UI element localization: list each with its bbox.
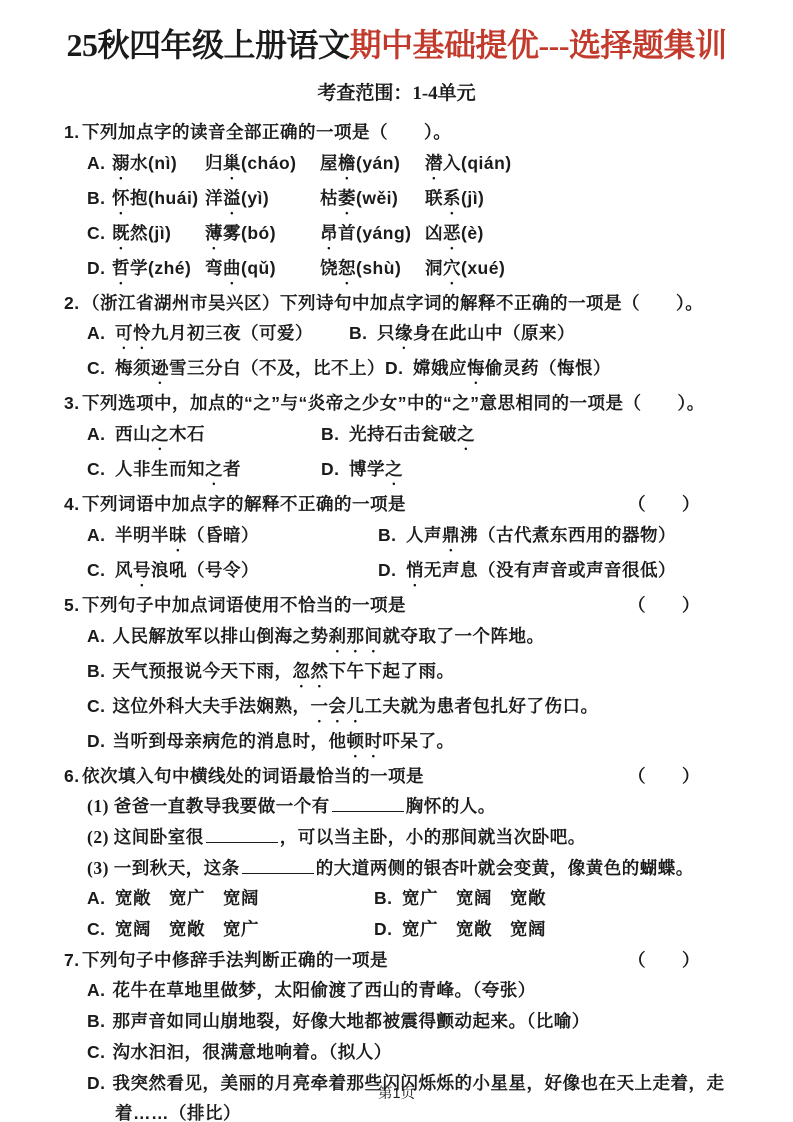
exam-scope: 考查范围：1-4单元 [0, 81, 793, 107]
question-4-stem-row: 4.下列词语中加点字的解释不正确的一项是（ ） [64, 489, 753, 520]
option-row: C.沟水汩汩，很满意地响着。（拟人） [64, 1037, 753, 1068]
question-stem: 依次填入句中横线处的词语最恰当的一项是 [82, 766, 424, 786]
question-stem: 下列词语中加点字的解释不正确的一项是 [82, 494, 406, 514]
option-text: 当听到母亲病危的消息时，他顿时吓呆了。 [113, 731, 455, 751]
option-label: A. [87, 520, 115, 551]
question-number: 1. [64, 117, 82, 148]
option-cell: A.西山之木石 [87, 419, 321, 454]
blank-line [242, 870, 314, 874]
option-text: 只缘身在此山中（原来） [377, 323, 575, 343]
option-label: D. [385, 353, 413, 384]
doc-title: 25秋四年级上册语文期中基础提优---选择题集训 [0, 24, 793, 66]
option-text: 天气预报说今天下雨，忽然下午下起了雨。 [113, 661, 455, 681]
option-item: 联系(jì) [425, 183, 484, 218]
option-cell: B.光持石击瓮破之 [321, 419, 475, 454]
page-footer: 第1页 [0, 1082, 793, 1103]
option-cell: D.悄无声息（没有声音或声音很低） [378, 555, 676, 590]
answer-parens: （ ） [628, 590, 700, 621]
question-2-stem-row: 2.（浙江省湖州市吴兴区）下列诗句中加点字词的解释不正确的一项是（ ）。 [64, 288, 753, 319]
option-cell: B.只缘身在此山中（原来） [349, 318, 575, 353]
option-label: B. [87, 1011, 106, 1031]
option-label: A. [87, 419, 115, 450]
option-row: C.既然(jì)薄雾(bó)昂首(yáng)凶恶(è) [64, 218, 753, 253]
fill-item: (2) 这间卧室很，可以当主卧，小的那间就当次卧吧。 [64, 822, 753, 853]
question-3: 3.下列选项中，加点的“之”与“炎帝之少女”中的“之”意思相同的一项是（ ）。 … [64, 388, 753, 489]
option-cell: D.嫦娥应悔偷灵药（悔恨） [385, 353, 611, 388]
option-text: 宽广 宽敞 宽阔 [402, 919, 546, 939]
option-row: C.宽阔 宽敞 宽广D.宽广 宽敞 宽阔 [64, 914, 753, 945]
option-item: 怀抱(huái) [112, 183, 205, 218]
option-label: C. [87, 555, 115, 586]
option-cell: B.人声鼎沸（古代煮东西用的器物） [378, 520, 676, 555]
option-cell: A.可怜九月初三夜（可爱） [87, 318, 349, 353]
option-item: 洋溢(yì) [205, 183, 320, 218]
option-text: 宽广 宽阔 宽敞 [402, 888, 546, 908]
fill-item: (3) 一到秋天，这条的大道两侧的银杏叶就会变黄，像黄色的蝴蝶。 [64, 853, 753, 884]
question-stem: 下列选项中，加点的“之”与“炎帝之少女”中的“之”意思相同的一项是（ ）。 [82, 393, 705, 413]
option-text: 人非生而知之者 [115, 459, 241, 479]
option-row: B.天气预报说今天下雨，忽然下午下起了雨。 [64, 656, 753, 691]
question-number: 7. [64, 945, 82, 976]
question-stem: 下列加点字的读音全部正确的一项是（ ）。 [82, 122, 451, 142]
question-5: 5.下列句子中加点词语使用不恰当的一项是（ ） A.人民解放军以排山倒海之势刹那… [64, 590, 753, 761]
option-label: B. [87, 661, 106, 681]
option-text: 风号浪吼（号令） [115, 560, 259, 580]
option-label: D. [321, 454, 349, 485]
option-text: 可怜九月初三夜（可爱） [115, 323, 313, 343]
option-label: C. [87, 914, 115, 945]
option-text: 宽敞 宽广 宽阔 [115, 888, 259, 908]
option-label: A. [87, 883, 115, 914]
fill-item: (1) 爸爸一直教导我要做一个有胸怀的人。 [64, 791, 753, 822]
option-label: A. [87, 626, 106, 646]
option-item: 溺水(nì) [112, 148, 205, 183]
answer-parens: （ ） [628, 945, 700, 976]
option-text: 半明半昧（昏暗） [115, 525, 259, 545]
option-row: D.哲学(zhé)弯曲(qǔ)饶恕(shù)洞穴(xué) [64, 253, 753, 288]
option-label: B. [378, 520, 406, 551]
option-item: 枯萎(wěi) [320, 183, 425, 218]
option-label: D. [87, 731, 106, 751]
question-1-stem-row: 1.下列加点字的读音全部正确的一项是（ ）。 [64, 117, 753, 148]
option-text: 嫦娥应悔偷灵药（悔恨） [413, 358, 611, 378]
option-label: C. [87, 1042, 106, 1062]
option-text: 沟水汩汩，很满意地响着。（拟人） [113, 1042, 392, 1062]
question-6: 6.依次填入句中横线处的词语最恰当的一项是（ ） (1) 爸爸一直教导我要做一个… [64, 761, 753, 945]
option-row: A.半明半昧（昏暗）B.人声鼎沸（古代煮东西用的器物） [64, 520, 753, 555]
option-text: 梅须逊雪三分白（不及，比不上） [115, 358, 385, 378]
question-number: 4. [64, 489, 82, 520]
option-row: C.梅须逊雪三分白（不及，比不上）D.嫦娥应悔偷灵药（悔恨） [64, 353, 753, 388]
option-row: D.当听到母亲病危的消息时，他顿时吓呆了。 [64, 726, 753, 761]
option-label: D. [374, 914, 402, 945]
question-number: 2. [64, 288, 82, 319]
option-row: A.溺水(nì)归巢(cháo)屋檐(yán)潜入(qián) [64, 148, 753, 183]
option-item: 弯曲(qǔ) [205, 253, 320, 288]
option-item: 昂首(yáng) [320, 218, 425, 253]
option-item: 凶恶(è) [425, 218, 484, 253]
answer-parens: （ ） [628, 489, 700, 520]
option-item: 哲学(zhé) [112, 253, 205, 288]
option-item: 屋檐(yán) [320, 148, 425, 183]
option-text: 博学之 [349, 459, 403, 479]
option-cell: D.宽广 宽敞 宽阔 [374, 914, 546, 945]
blank-line [332, 808, 404, 812]
option-cell: B.宽广 宽阔 宽敞 [374, 883, 546, 914]
question-5-stem-row: 5.下列句子中加点词语使用不恰当的一项是（ ） [64, 590, 753, 621]
option-item: 潜入(qián) [425, 148, 512, 183]
option-label: C. [87, 353, 115, 384]
question-3-stem-row: 3.下列选项中，加点的“之”与“炎帝之少女”中的“之”意思相同的一项是（ ）。 [64, 388, 753, 419]
doc-title-main: 25秋四年级上册语文 [67, 27, 350, 63]
option-row: A.人民解放军以排山倒海之势刹那间就夺取了一个阵地。 [64, 621, 753, 656]
option-label: B. [374, 883, 402, 914]
option-cell: C.风号浪吼（号令） [87, 555, 378, 590]
option-row: A.西山之木石B.光持石击瓮破之 [64, 419, 753, 454]
option-text: 西山之木石 [115, 424, 205, 444]
option-row: A.可怜九月初三夜（可爱）B.只缘身在此山中（原来） [64, 318, 753, 353]
question-number: 5. [64, 590, 82, 621]
option-label: A. [87, 148, 112, 179]
option-row: C.风号浪吼（号令）D.悄无声息（没有声音或声音很低） [64, 555, 753, 590]
question-stem: （浙江省湖州市吴兴区）下列诗句中加点字词的解释不正确的一项是（ ）。 [82, 293, 703, 313]
question-number: 6. [64, 761, 82, 792]
blank-line [206, 839, 278, 843]
option-label: D. [87, 253, 112, 284]
option-label: C. [87, 696, 106, 716]
question-stem: 下列句子中加点词语使用不恰当的一项是 [82, 595, 406, 615]
option-label: A. [87, 318, 115, 349]
option-text: 光持石击瓮破之 [349, 424, 475, 444]
option-row: B.怀抱(huái)洋溢(yì)枯萎(wěi)联系(jì) [64, 183, 753, 218]
option-cell: C.宽阔 宽敞 宽广 [87, 914, 374, 945]
option-row: A.宽敞 宽广 宽阔B.宽广 宽阔 宽敞 [64, 883, 753, 914]
option-text: 宽阔 宽敞 宽广 [115, 919, 259, 939]
option-text: 人声鼎沸（古代煮东西用的器物） [406, 525, 676, 545]
option-item: 既然(jì) [112, 218, 205, 253]
option-item: 薄雾(bó) [205, 218, 320, 253]
option-item: 饶恕(shù) [320, 253, 425, 288]
question-stem: 下列句子中修辞手法判断正确的一项是 [82, 950, 388, 970]
option-row: C.人非生而知之者D.博学之 [64, 454, 753, 489]
question-number: 3. [64, 388, 82, 419]
option-label: C. [87, 454, 115, 485]
answer-parens: （ ） [628, 761, 700, 792]
option-item: 洞穴(xué) [425, 253, 505, 288]
option-cell: C.人非生而知之者 [87, 454, 321, 489]
option-label: B. [321, 419, 349, 450]
exam-page: 25秋四年级上册语文期中基础提优---选择题集训 考查范围：1-4单元 1.下列… [0, 0, 793, 1122]
questions-list: 1.下列加点字的读音全部正确的一项是（ ）。 A.溺水(nì)归巢(cháo)屋… [0, 117, 793, 1122]
question-1: 1.下列加点字的读音全部正确的一项是（ ）。 A.溺水(nì)归巢(cháo)屋… [64, 117, 753, 288]
question-4: 4.下列词语中加点字的解释不正确的一项是（ ） A.半明半昧（昏暗）B.人声鼎沸… [64, 489, 753, 590]
option-text: 人民解放军以排山倒海之势刹那间就夺取了一个阵地。 [113, 626, 545, 646]
doc-title-highlight: 期中基础提优---选择题集训 [350, 27, 727, 63]
option-cell: D.博学之 [321, 454, 403, 489]
option-cell: A.宽敞 宽广 宽阔 [87, 883, 374, 914]
option-text: 那声音如同山崩地裂，好像大地都被震得颤动起来。（比喻） [113, 1011, 590, 1031]
option-label: B. [87, 183, 112, 214]
option-text: 花牛在草地里做梦，太阳偷渡了西山的青峰。（夸张） [113, 980, 536, 1000]
option-cell: C.梅须逊雪三分白（不及，比不上） [87, 353, 385, 388]
option-label: B. [349, 318, 377, 349]
option-row: B.那声音如同山崩地裂，好像大地都被震得颤动起来。（比喻） [64, 1006, 753, 1037]
option-row: C.这位外科大夫手法娴熟，一会儿工夫就为患者包扎好了伤口。 [64, 691, 753, 726]
option-label: C. [87, 218, 112, 249]
question-2: 2.（浙江省湖州市吴兴区）下列诗句中加点字词的解释不正确的一项是（ ）。 A.可… [64, 288, 753, 389]
option-cell: A.半明半昧（昏暗） [87, 520, 378, 555]
option-item: 归巢(cháo) [205, 148, 320, 183]
question-6-stem-row: 6.依次填入句中横线处的词语最恰当的一项是（ ） [64, 761, 753, 792]
question-7-stem-row: 7.下列句子中修辞手法判断正确的一项是（ ） [64, 945, 753, 976]
option-row: A.花牛在草地里做梦，太阳偷渡了西山的青峰。（夸张） [64, 975, 753, 1006]
option-text: 这位外科大夫手法娴熟，一会儿工夫就为患者包扎好了伤口。 [113, 696, 599, 716]
option-text: 悄无声息（没有声音或声音很低） [406, 560, 676, 580]
option-label: D. [378, 555, 406, 586]
option-label: A. [87, 980, 106, 1000]
